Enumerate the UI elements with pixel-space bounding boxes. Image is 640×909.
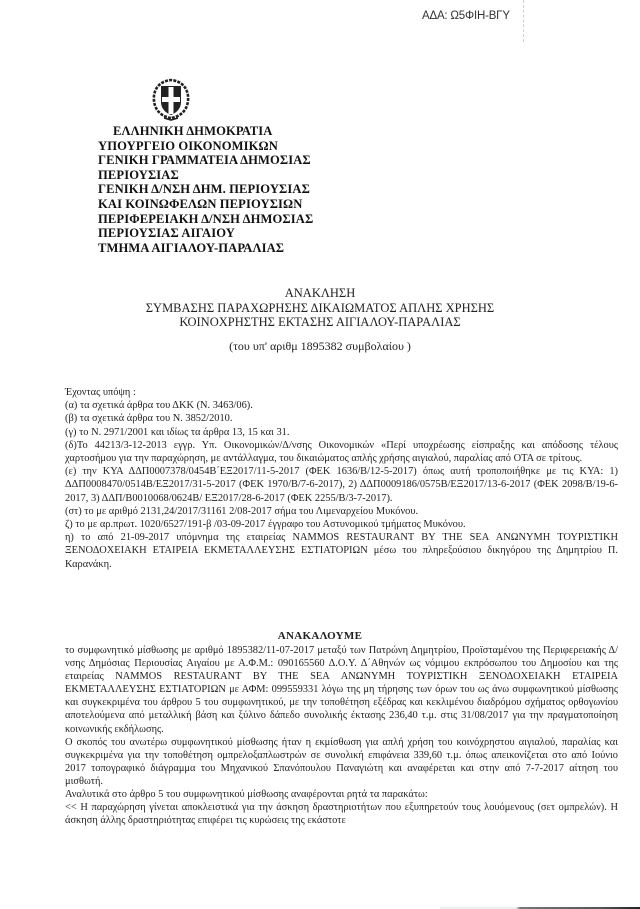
decision-paragraph: το συμφωνητικό μίσθωσης με αριθμό 189538… bbox=[65, 644, 618, 736]
decision-paragraph: Αναλυτικά στο άρθρο 5 του συμφωνητικού μ… bbox=[65, 788, 618, 801]
considering-item: ζ) το με αρ.πρωτ. 1020/6527/191-β /03-09… bbox=[65, 518, 618, 531]
considering-item: (στ) το με αριθμό 2131,24/2017/31161 2/0… bbox=[65, 505, 618, 518]
decision-heading: ΑΝΑΚΑΛΟΥΜΕ bbox=[0, 630, 640, 642]
authority-line: ΚΑΙ ΚΟΙΝΩΦΕΛΩΝ ΠΕΡΙΟΥΣΙΩΝ bbox=[98, 197, 313, 212]
authority-line: ΤΜΗΜΑ ΑΙΓΙΑΛΟΥ-ΠΑΡΑΛΙΑΣ bbox=[98, 241, 313, 256]
considering-item: (α) τα σχετικά άρθρα του ΔΚΚ (Ν. 3463/06… bbox=[65, 399, 618, 412]
greek-coat-of-arms-icon bbox=[150, 76, 192, 122]
margin-divider bbox=[523, 0, 524, 42]
considering-section: Έχοντας υπόψη : (α) τα σχετικά άρθρα του… bbox=[65, 386, 618, 571]
authority-line: ΓΕΝΙΚΗ ΓΡΑΜΜΑΤΕΙΑ ΔΗΜΟΣΙΑΣ bbox=[98, 153, 313, 168]
authority-line: ΓΕΝΙΚΗ Δ/ΝΣΗ ΔΗΜ. ΠΕΡΙΟΥΣΙΑΣ bbox=[98, 182, 313, 197]
authority-line: ΥΠΟΥΡΓΕΙΟ ΟΙΚΟΝΟΜΙΚΩΝ bbox=[98, 139, 313, 154]
considering-heading: Έχοντας υπόψη : bbox=[65, 386, 618, 399]
issuing-authority: ΕΛΛΗΝΙΚΗ ΔΗΜΟΚΡΑΤΙΑ ΥΠΟΥΡΓΕΙΟ ΟΙΚΟΝΟΜΙΚΩ… bbox=[98, 124, 313, 255]
decision-paragraph: Ο σκοπός του ανωτέρω συμφωνητικού μίσθωσ… bbox=[65, 736, 618, 788]
title-line: ΚΟΙΝΟΧΡΗΣΤΗΣ ΕΚΤΑΣΗΣ ΑΙΓΙΑΛΟΥ-ΠΑΡΑΛΙΑΣ bbox=[0, 315, 640, 330]
contract-reference: (του υπ' αριθμ 1895382 συμβολαίου ) bbox=[0, 339, 640, 354]
considering-item: (δ)Το 44213/3-12-2013 εγγρ. Υπ. Οικονομι… bbox=[65, 439, 618, 465]
authority-line: ΠΕΡΙΟΥΣΙΑΣ ΑΙΓΑΙΟΥ bbox=[98, 226, 313, 241]
considering-item: (ε) την ΚΥΑ ΔΔΠ0007378/0454Β΄ΕΞ2017/11-5… bbox=[65, 465, 618, 505]
title-line: ΑΝΑΚΛΗΣΗ bbox=[0, 286, 640, 301]
ada-identifier: ΑΔΑ: Ω5ΦΙΗ-ΒΓΥ bbox=[422, 10, 510, 22]
considering-item: η) το από 21-09-2017 υπόμνημα της εταιρε… bbox=[65, 531, 618, 571]
considering-item: (β) τα σχετικά άρθρα του Ν. 3852/2010. bbox=[65, 412, 618, 425]
title-line: ΣΥΜΒΑΣΗΣ ΠΑΡΑΧΩΡΗΣΗΣ ΔΙΚΑΙΩΜΑΤΟΣ ΑΠΛΗΣ Χ… bbox=[0, 301, 640, 316]
authority-line: ΠΕΡΙΟΥΣΙΑΣ bbox=[98, 168, 313, 183]
document-title: ΑΝΑΚΛΗΣΗ ΣΥΜΒΑΣΗΣ ΠΑΡΑΧΩΡΗΣΗΣ ΔΙΚΑΙΩΜΑΤΟ… bbox=[0, 286, 640, 353]
decision-paragraph: << Η παραχώρηση γίνεται αποκλειστικά για… bbox=[65, 801, 618, 827]
authority-line: ΠΕΡΙΦΕΡΕΙΑΚΗ Δ/ΝΣΗ ΔΗΜΟΣΙΑΣ bbox=[98, 212, 313, 227]
considering-item: (γ) το Ν. 2971/2001 και ιδίως τα άρθρα 1… bbox=[65, 426, 618, 439]
authority-line: ΕΛΛΗΝΙΚΗ ΔΗΜΟΚΡΑΤΙΑ bbox=[98, 124, 313, 139]
decision-body: το συμφωνητικό μίσθωσης με αριθμό 189538… bbox=[65, 644, 618, 827]
